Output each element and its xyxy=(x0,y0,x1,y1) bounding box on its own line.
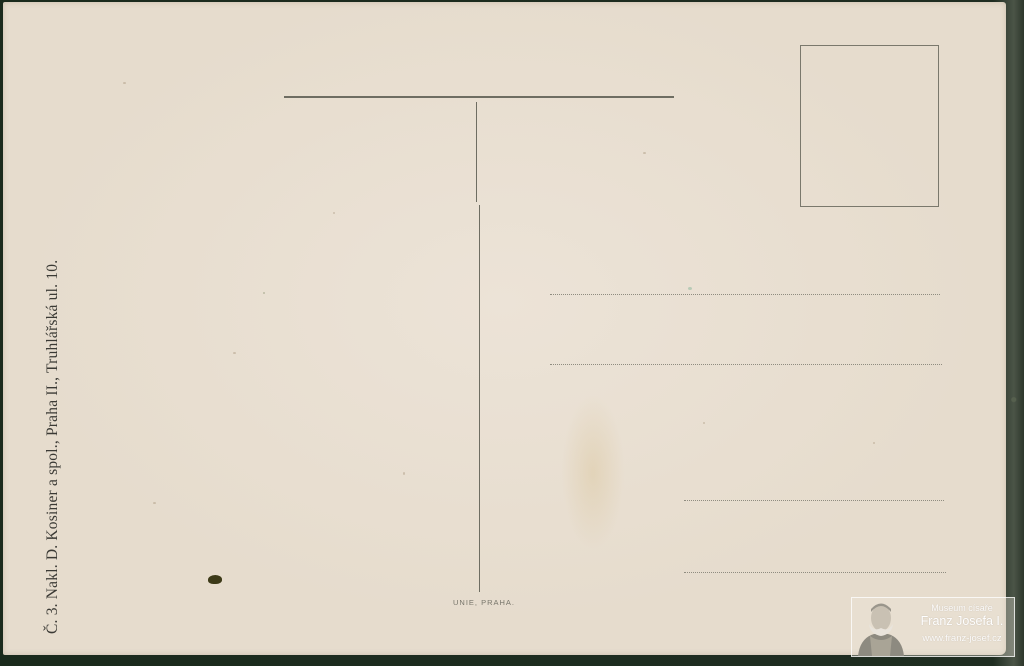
address-line-3 xyxy=(684,500,944,501)
stamp-box xyxy=(800,45,939,207)
address-line-2 xyxy=(550,364,942,365)
watermark-title: Franz Josefa I. xyxy=(910,614,1014,629)
divider-vertical-upper xyxy=(476,102,477,202)
divider-horizontal-top xyxy=(284,96,674,98)
publisher-imprint: Č. 3. Nakl. D. Kosiner a spol., Praha II… xyxy=(44,260,62,634)
paper-speck xyxy=(123,82,126,84)
paper-speck xyxy=(263,292,265,294)
paper-speck xyxy=(643,152,646,154)
address-line-1 xyxy=(550,294,940,295)
paper-speck xyxy=(403,472,405,475)
paper-speck xyxy=(153,502,156,504)
watermark-text: Museum císaře Franz Josefa I. www.franz-… xyxy=(910,603,1014,646)
paper-speck xyxy=(233,352,236,354)
ink-stain xyxy=(208,575,222,584)
paper-speck xyxy=(873,442,875,444)
address-line-4 xyxy=(684,572,946,573)
museum-watermark: Museum císaře Franz Josefa I. www.franz-… xyxy=(851,597,1015,657)
paper-speck xyxy=(688,287,692,290)
printer-mark: UNIE, PRAHA. xyxy=(453,598,515,607)
paper-speck xyxy=(333,212,335,214)
divider-vertical-lower xyxy=(479,205,480,592)
watermark-subtitle: Museum císaře xyxy=(910,603,1014,614)
paper-speck xyxy=(703,422,705,424)
postcard-back: Č. 3. Nakl. D. Kosiner a spol., Praha II… xyxy=(3,2,1006,655)
watermark-url: www.franz-josef.cz xyxy=(910,632,1014,646)
emperor-portrait-icon xyxy=(852,598,910,656)
